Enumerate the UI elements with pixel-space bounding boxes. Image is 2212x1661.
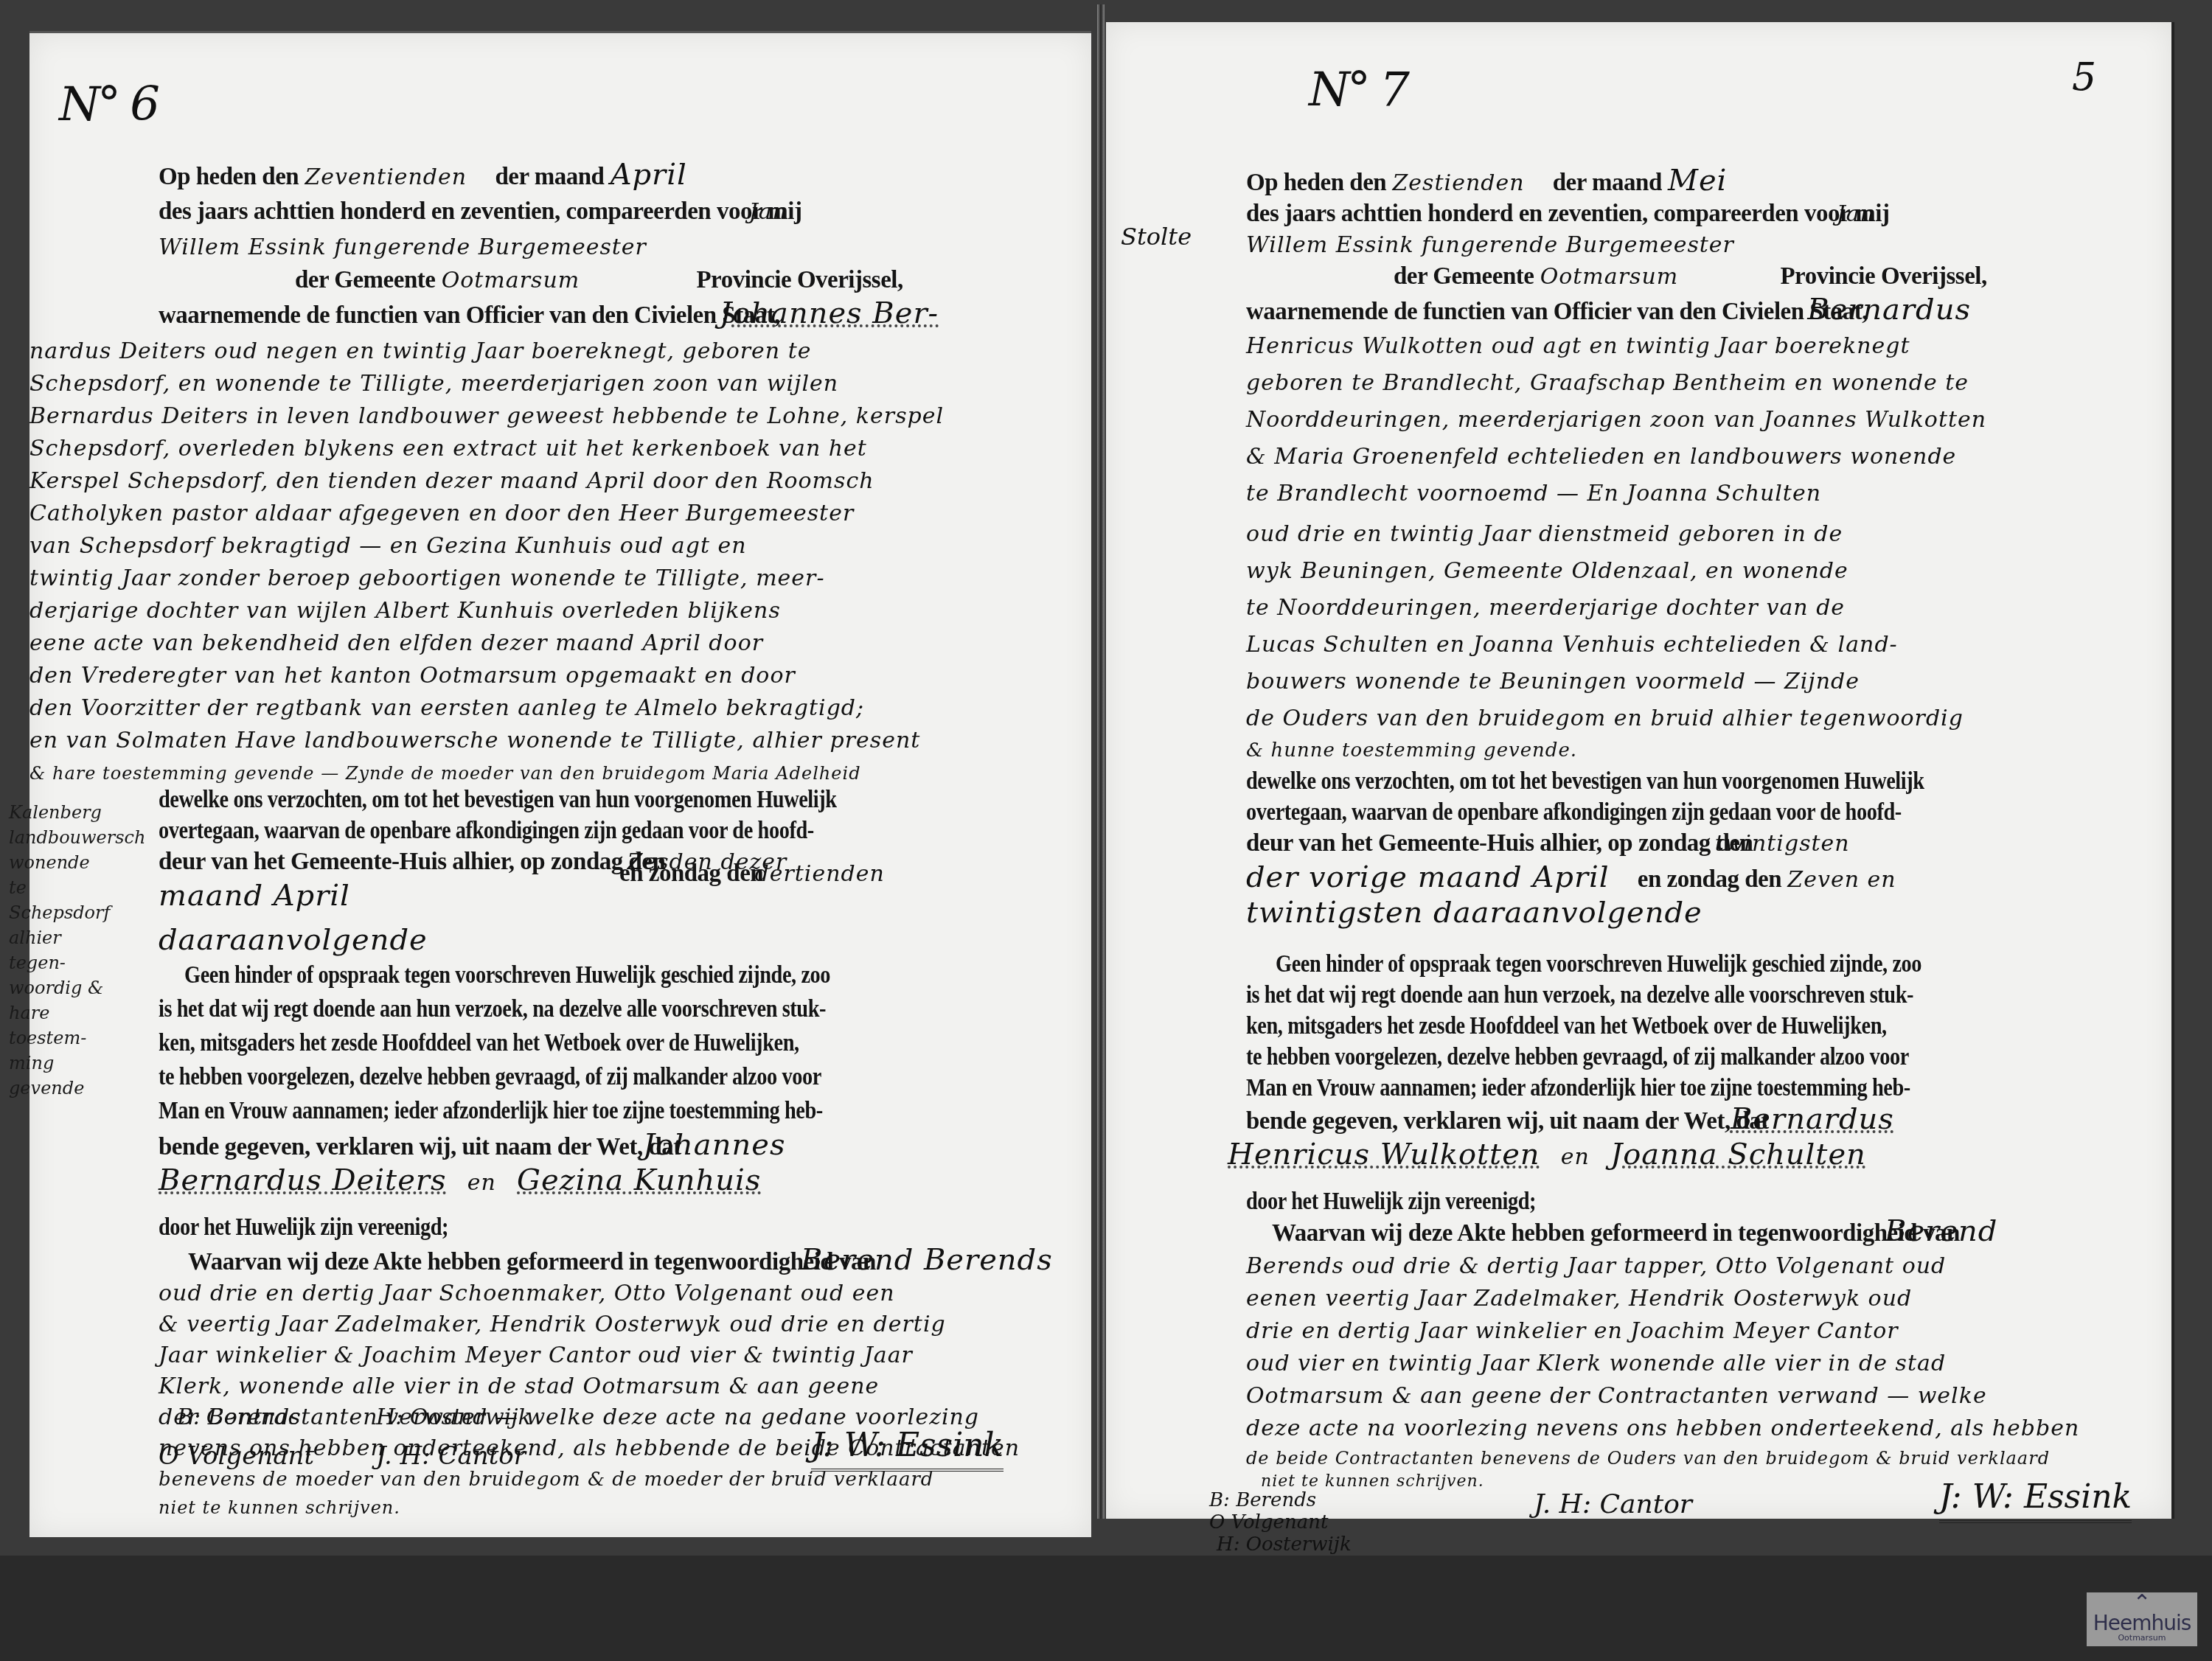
hand-line: Jaar winkelier & Joachim Meyer Cantor ou… xyxy=(159,1341,913,1371)
signature-witness: B: Berends xyxy=(1209,1489,1316,1511)
hand-conjunction: en xyxy=(467,1170,496,1196)
hand-date: daaraanvolgende xyxy=(159,923,428,957)
hand-day: Zestienden xyxy=(1392,170,1524,196)
hand-line: geboren te Brandlecht, Graafschap Benthe… xyxy=(1246,369,1969,398)
printed-text: door het Huwelijk zijn vereenigd; xyxy=(159,1213,448,1242)
printed-text: dewelke ons verzochten, om tot het beves… xyxy=(159,785,837,815)
hand-line: derjarige dochter van wijlen Albert Kunh… xyxy=(29,596,781,626)
signature-witness: H: Oosterwijk xyxy=(376,1404,532,1430)
hand-date: Zeven en xyxy=(1787,867,1896,893)
hand-date: der vorige maand April xyxy=(1246,860,1610,894)
left-page: N° 6 Op heden den Zeventienden der maand… xyxy=(29,31,1091,1537)
hand-official: Willem Essink fungerende Burgemeester xyxy=(1246,232,1734,258)
printed-text: Waarvan wij deze Akte hebben geformeerd … xyxy=(1272,1220,1960,1247)
book-gutter xyxy=(1097,4,1105,1519)
margin-note-line: alhier tegen- xyxy=(9,925,105,975)
hand-line: drie en dertig Jaar winkelier en Joachim… xyxy=(1246,1317,1899,1346)
hand-line: Schepsdorf, en wonende te Tilligte, meer… xyxy=(29,369,838,399)
hand-line: Lucas Schulten en Joanna Venhuis echteli… xyxy=(1246,630,1898,660)
hand-line: wyk Beuningen, Gemeente Oldenzaal, en wo… xyxy=(1246,557,1848,586)
hand-official: Willem Essink fungerende Burgemeester xyxy=(159,234,647,260)
signature-witness: O Volgenant xyxy=(1209,1511,1328,1533)
hand-line: oud vier en twintig Jaar Klerk wonende a… xyxy=(1246,1349,1946,1379)
hand-line: te Noorddeuringen, meerderjarige dochter… xyxy=(1246,593,1845,623)
hand-month: Mei xyxy=(1668,164,1727,198)
printed-text: Man en Vrouw aannamen; ieder afzonderlij… xyxy=(159,1096,823,1126)
signature-witness: O Volgenant xyxy=(159,1441,314,1471)
hand-line: niet te kunnen schrijven. xyxy=(159,1493,400,1522)
printed-text: des jaars achttien honderd en zeventien,… xyxy=(1246,201,1889,227)
printed-text: te hebben voorgelezen, dezelve hebben ge… xyxy=(1246,1042,1909,1072)
watermark-brand: Heemhuis xyxy=(2087,1613,2197,1634)
hand-line: en van Solmaten Have landbouwersche wone… xyxy=(29,726,920,756)
printed-text: Op heden den xyxy=(159,164,299,190)
signature-witness: J. H: Cantor xyxy=(376,1441,526,1471)
hand-line: twintig Jaar zonder beroep geboortigen w… xyxy=(29,564,825,593)
printed-text: der Gemeente xyxy=(1394,263,1534,290)
hand-line: de Ouders van den bruidegom en bruid alh… xyxy=(1246,704,1964,734)
printed-text: Waarvan wij deze Akte hebben geformeerd … xyxy=(188,1249,876,1275)
printed-text: is het dat wij regt doende aan hun verzo… xyxy=(159,995,826,1024)
signature-official: J: W: Essink xyxy=(811,1427,1004,1472)
printed-text: Man en Vrouw aannamen; ieder afzonderlij… xyxy=(1246,1073,1910,1103)
printed-text: overtegaan, waarvan de openbare afkondig… xyxy=(159,816,814,846)
printed-text: waarnemende de functien van Officier van… xyxy=(1246,299,1868,325)
folio-number: 5 xyxy=(2072,55,2096,100)
margin-note-line: hare toestem- xyxy=(9,1000,105,1051)
hand-bride-name: Gezina Kunhuis xyxy=(517,1163,761,1197)
entry-number: N° 6 xyxy=(59,77,157,132)
hand-line: Schepsdorf, overleden blykens een extrac… xyxy=(29,434,867,464)
hand-line: Ootmarsum & aan geene der Contractanten … xyxy=(1246,1382,1987,1411)
hand-date: twintigsten xyxy=(1715,831,1850,857)
printed-text: der Gemeente xyxy=(295,267,435,293)
hand-groom-name: Henricus Wulkotten xyxy=(1228,1138,1540,1171)
right-page: N° 7 5 Stolte Op heden den Zestienden de… xyxy=(1106,22,2174,1519)
printed-text: te hebben voorgelezen, dezelve hebben ge… xyxy=(159,1062,821,1092)
margin-note-line: Schepsdorf xyxy=(9,900,105,925)
signature-witness: B: Berends xyxy=(177,1404,301,1430)
hand-witness: Berend Berends xyxy=(801,1243,1053,1277)
printed-text: dewelke ons verzochten, om tot het beves… xyxy=(1246,767,1924,796)
printed-text: bende gegeven, verklaren wij, uit naam d… xyxy=(159,1134,681,1160)
hand-date: maand April xyxy=(159,879,350,913)
hand-groom-name: Bernardus Deiters xyxy=(159,1163,446,1197)
heemhuis-watermark: ⌃ Heemhuis Ootmarsum xyxy=(2087,1592,2197,1646)
printed-text: der maand xyxy=(495,164,604,190)
printed-text: der maand xyxy=(1553,170,1662,196)
printed-text: overtegaan, waarvan de openbare afkondig… xyxy=(1246,798,1902,827)
hand-line: & hunne toestemming gevende. xyxy=(1246,736,1577,765)
hand-official: Jan xyxy=(1837,201,1875,227)
printed-text: Provincie Overijssel, xyxy=(1780,263,1986,290)
hand-line: nardus Deiters oud negen en twintig Jaar… xyxy=(29,337,812,366)
hand-line: den Vrederegter van het kanton Ootmarsum… xyxy=(29,661,796,691)
signature-official: J: W: Essink xyxy=(1939,1478,2132,1523)
hand-line: & Maria Groenenfeld echtelieden en landb… xyxy=(1246,442,1956,472)
hand-line: oud drie en twintig Jaar dienstmeid gebo… xyxy=(1246,520,1843,549)
printed-text: ken, mitsgaders het zesde Hoofddeel van … xyxy=(159,1028,799,1058)
hand-line: Henricus Wulkotten oud agt en twintig Ja… xyxy=(1246,332,1910,361)
printed-text: des jaars achttien honderd en zeventien,… xyxy=(159,198,801,225)
hand-line: Kerspel Schepsdorf, den tienden dezer ma… xyxy=(29,467,874,496)
printed-text: Op heden den xyxy=(1246,170,1386,196)
printed-text: Geen hinder of opspraak tegen voorschrev… xyxy=(184,961,830,990)
hand-line: & hare toestemming gevende — Zynde de mo… xyxy=(29,759,861,788)
hand-official: Jan xyxy=(749,199,787,225)
printed-text: en zondag den xyxy=(619,860,763,887)
hand-day: Zeventienden xyxy=(305,164,467,190)
hand-line: Berends oud drie & dertig Jaar tapper, O… xyxy=(1246,1252,1946,1281)
hand-groom-name: Bernardus xyxy=(1731,1102,1894,1136)
hand-date: twintigsten daaraanvolgende xyxy=(1246,896,1703,930)
margin-name: Stolte xyxy=(1121,223,1192,251)
margin-note-line: wonende te xyxy=(9,850,105,900)
hand-line: te Brandlecht voornoemd — En Joanna Schu… xyxy=(1246,479,1821,509)
margin-note-line: landbouwersch xyxy=(9,825,105,850)
hand-line: deze acte na voorlezing nevens ons hebbe… xyxy=(1246,1414,2079,1444)
hand-line: & veertig Jaar Zadelmaker, Hendrik Ooste… xyxy=(159,1310,946,1340)
margin-note-line: ming gevende xyxy=(9,1051,105,1101)
hand-line: Noorddeuringen, meerderjarigen zoon van … xyxy=(1246,405,1986,435)
printed-text: is het dat wij regt doende aan hun verzo… xyxy=(1246,981,1913,1010)
hand-line: van Schepsdorf bekragtigd — en Gezina Ku… xyxy=(29,532,747,561)
hand-gemeente: Ootmarsum xyxy=(442,268,580,293)
printed-text: en zondag den xyxy=(1638,866,1781,893)
hand-line: Catholyken pastor aldaar afgegeven en do… xyxy=(29,499,854,529)
printed-text: door het Huwelijk zijn vereenigd; xyxy=(1246,1187,1536,1216)
hand-line: eenen veertig Jaar Zadelmaker, Hendrik O… xyxy=(1246,1284,1912,1314)
printed-text: deur van het Gemeente-Huis alhier, op zo… xyxy=(159,849,665,875)
margin-note-line: woordig & xyxy=(9,975,105,1000)
entry-number: N° 7 xyxy=(1309,63,1407,117)
printed-text: bende gegeven, verklaren wij, uit naam d… xyxy=(1246,1108,1769,1135)
printed-text: waarnemende de functien van Officier van… xyxy=(159,302,780,329)
margin-note-line: Kalenberg xyxy=(9,800,105,825)
hand-groom-name: Johannes xyxy=(643,1128,785,1162)
printed-text: Geen hinder of opspraak tegen voorschrev… xyxy=(1276,950,1921,979)
signature-witness: J. H: Cantor xyxy=(1534,1489,1692,1519)
hand-conjunction: en xyxy=(1561,1144,1590,1170)
printed-text: deur van het Gemeente-Huis alhier, op zo… xyxy=(1246,830,1753,857)
hand-groom-name: Bernardus xyxy=(1807,293,1971,327)
hand-groom-name: Johannes Ber- xyxy=(720,296,939,330)
hand-witness: Berend xyxy=(1885,1214,1997,1248)
hand-date: dertienden xyxy=(754,861,884,887)
hand-line: Klerk, wonende alle vier in de stad Ootm… xyxy=(159,1372,879,1401)
hand-line: bouwers wonende te Beuningen voormeld — … xyxy=(1246,667,1860,697)
hand-bride-name: Joanna Schulten xyxy=(1610,1138,1866,1171)
hand-line: Bernardus Deiters in leven landbouwer ge… xyxy=(29,402,944,431)
margin-note: Kalenberg landbouwersch wonende te Schep… xyxy=(9,800,105,1101)
signature-witness: H: Oosterwijk xyxy=(1217,1533,1352,1556)
printed-text: ken, mitsgaders het zesde Hoofddeel van … xyxy=(1246,1011,1887,1041)
hand-line: den Voorzitter der regtbank van eersten … xyxy=(29,694,864,723)
hand-month: April xyxy=(611,158,687,192)
hand-line: oud drie en dertig Jaar Schoenmaker, Ott… xyxy=(159,1279,895,1309)
hand-gemeente: Ootmarsum xyxy=(1540,264,1679,290)
hand-line: eene acte van bekendheid den elfden deze… xyxy=(29,629,763,658)
printed-text: Provincie Overijssel, xyxy=(696,267,902,293)
